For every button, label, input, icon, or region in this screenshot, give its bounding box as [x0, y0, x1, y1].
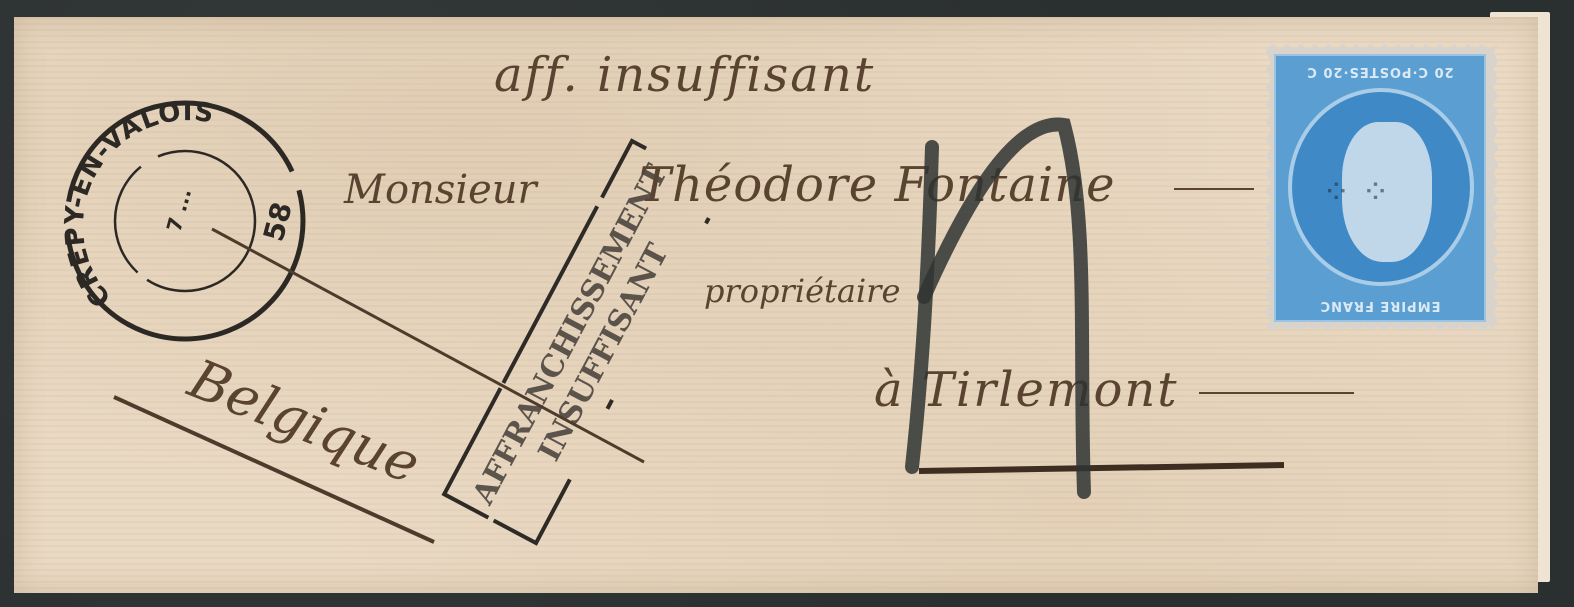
stamp-medallion: ⁘ ⁘: [1292, 92, 1470, 282]
stamp-face: 20 C·POSTES·20 C ⁘ ⁘ EMPIRE FRANC: [1274, 54, 1486, 322]
addressee-role: propriétaire: [704, 272, 900, 310]
handwritten-note: aff. insuffisant: [494, 47, 875, 103]
postage-due-tax-mark: [874, 97, 1114, 517]
stamp-bottom-text: EMPIRE FRANC: [1276, 294, 1484, 316]
postage-stamp: 20 C·POSTES·20 C ⁘ ⁘ EMPIRE FRANC: [1266, 44, 1498, 332]
stamp-top-text: 20 C·POSTES·20 C: [1276, 60, 1484, 82]
addressee-title: Monsieur: [344, 167, 537, 213]
cancel-dots-icon: ⁘ ⁘: [1322, 172, 1390, 212]
envelope-cover: CREPY-EN-VALOIS 58 7 ... AFFRANCHISSEMEN…: [14, 17, 1538, 593]
